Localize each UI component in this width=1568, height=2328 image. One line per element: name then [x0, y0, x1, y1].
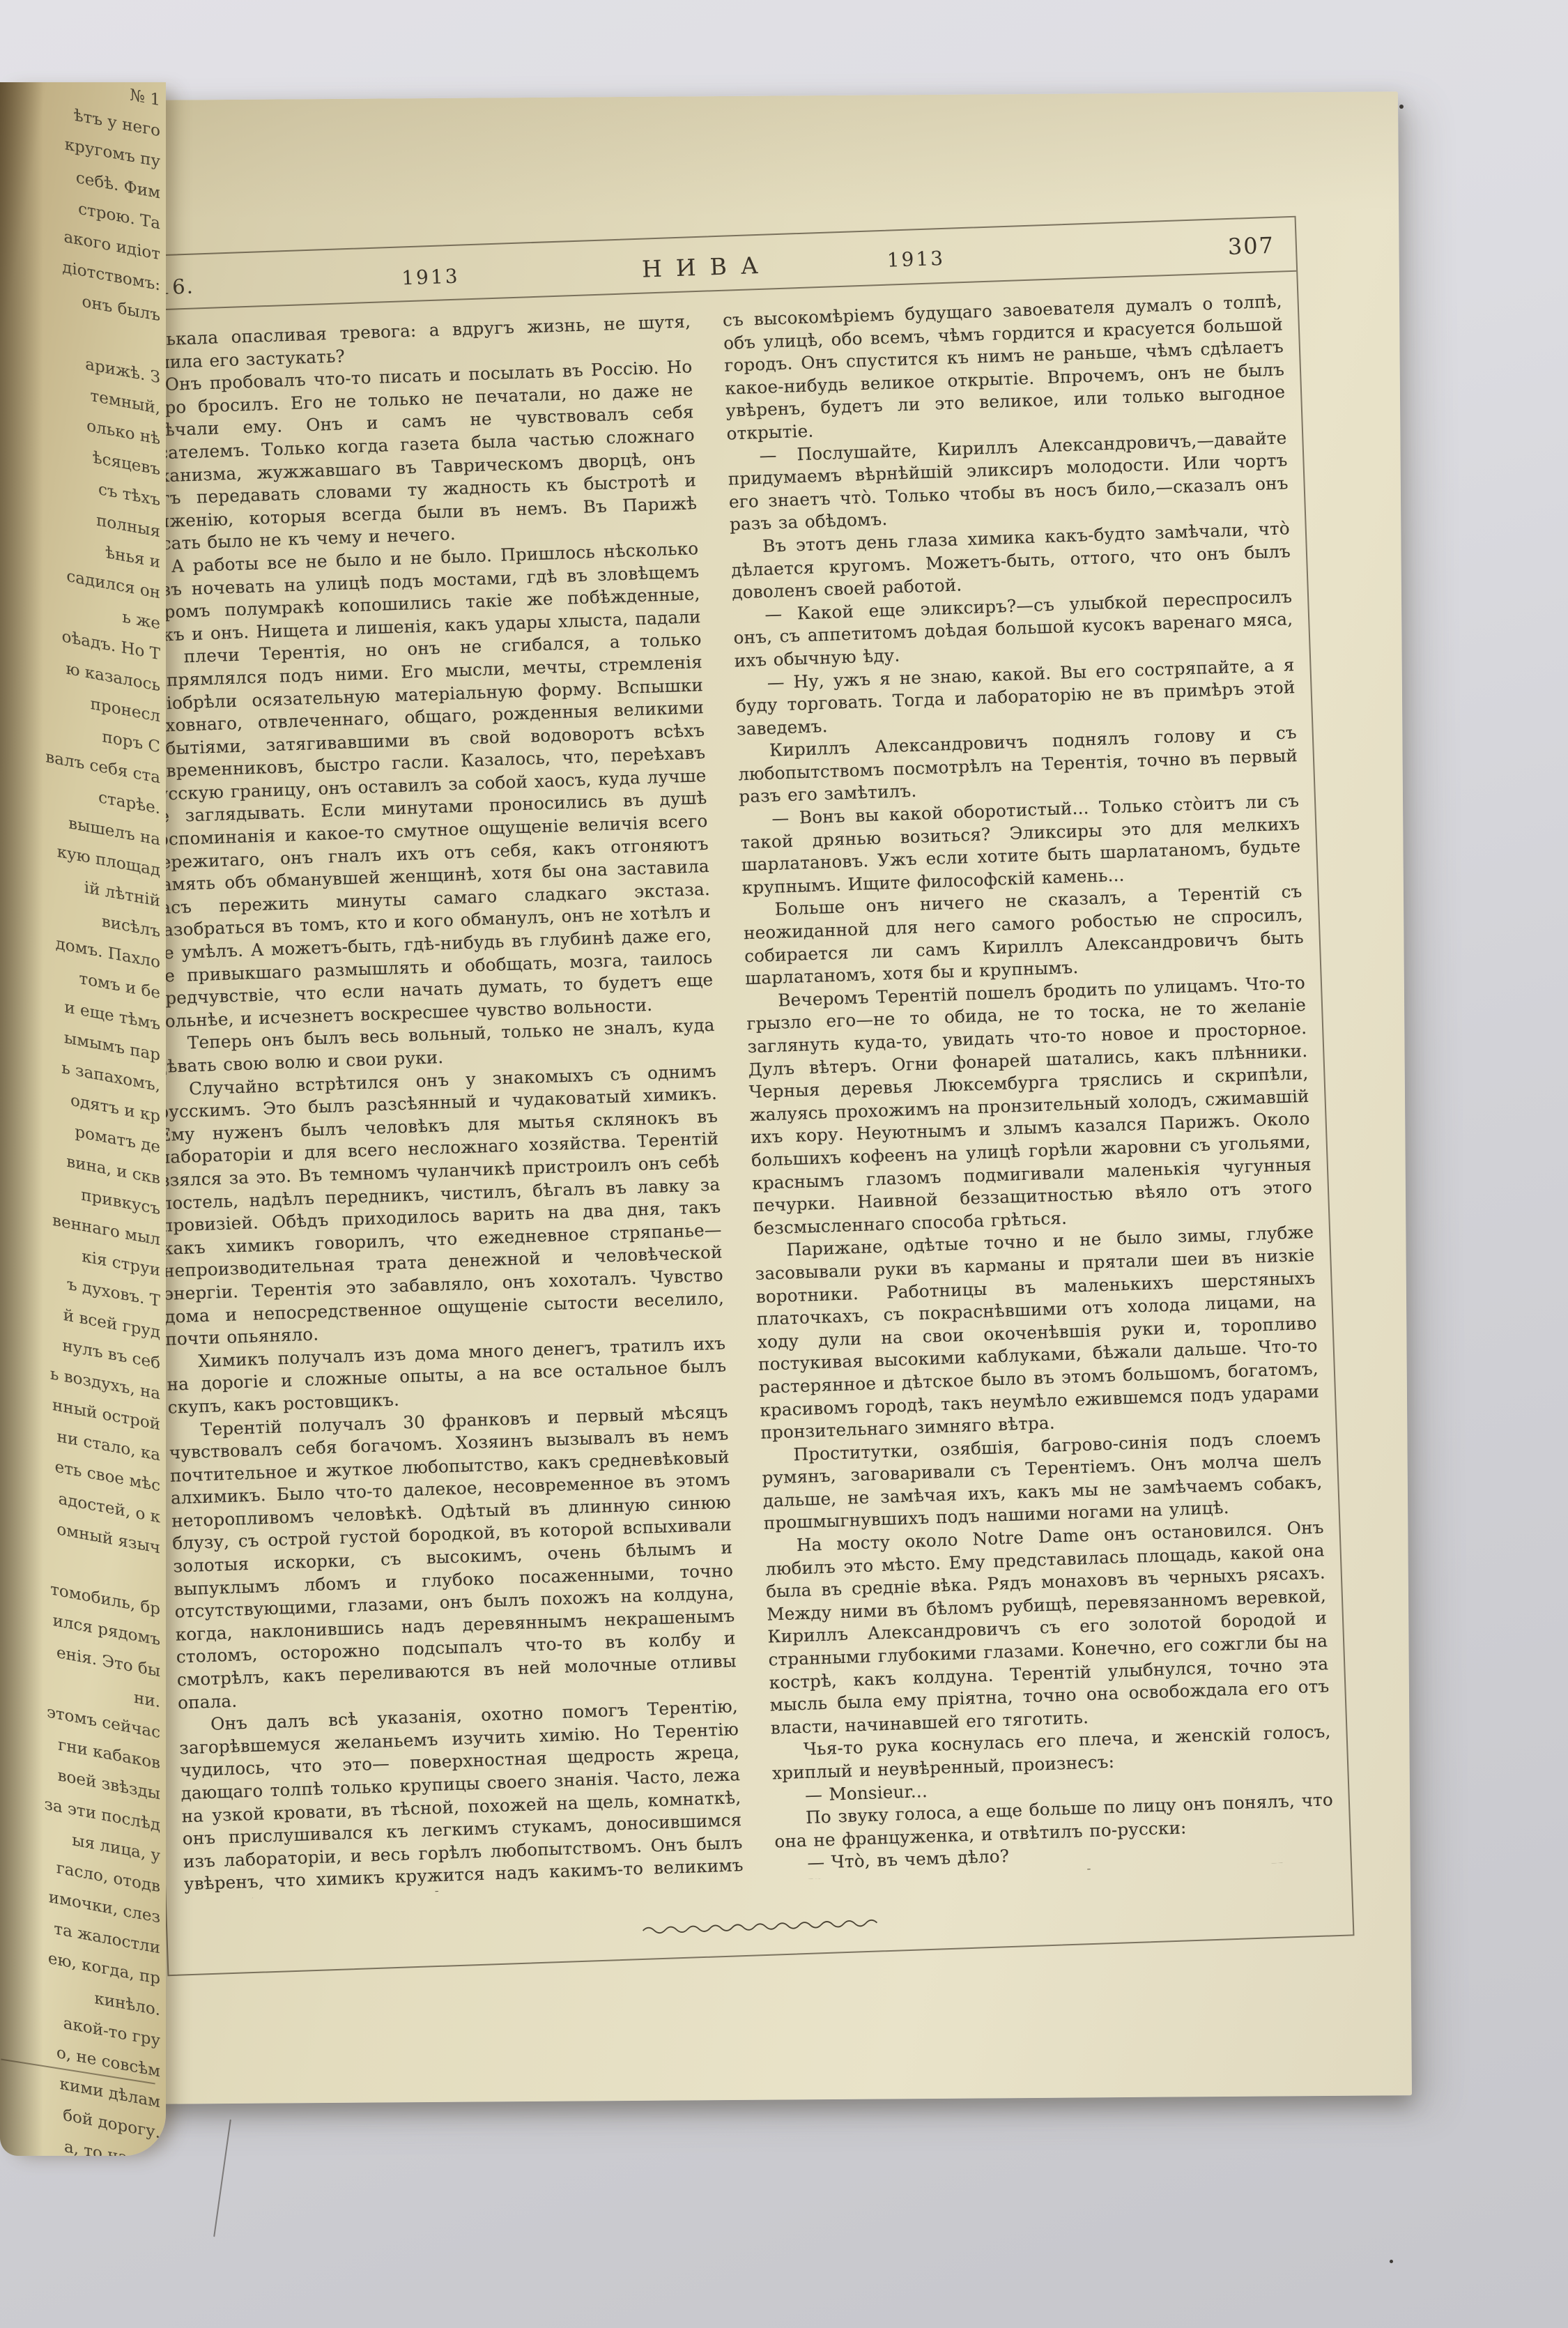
dust-speck [1390, 2260, 1393, 2263]
masthead: НИВА [634, 251, 772, 283]
printed-frame: № 16. 1913 НИВА 1913 307 мелькала опасли… [109, 216, 1354, 1977]
story-column-right: съ высокомѣріемъ будущаго завоевателя ду… [723, 290, 1335, 1880]
story-paragraph: съ высокомѣріемъ будущаго завоевателя ду… [723, 290, 1286, 445]
tailpiece-squiggle-icon [641, 1917, 878, 1940]
year-right: 1913 [886, 247, 945, 272]
page-number: 307 [1227, 232, 1275, 260]
story-paragraph: Онъ далъ всѣ указанія, охотно помогъ Тер… [178, 1695, 744, 1900]
story-paragraph: Вечеромъ Терентій пошелъ бродить по улиц… [746, 972, 1314, 1241]
photo-surface: № 16. 1913 НИВА 1913 307 мелькала опасли… [0, 0, 1568, 2328]
previous-page-edge: № 1ѣтъ у негокругомъ пусебѣ. Фимстрою. Т… [0, 82, 166, 2156]
previous-page-text: № 1ѣтъ у негокругомъ пусебѣ. Фимстрою. Т… [9, 82, 166, 2156]
story-paragraph: Онъ пробовалъ что-то писать и посылать в… [132, 355, 698, 556]
story-paragraph: На мосту около Notre Dame онъ остановилс… [764, 1516, 1330, 1739]
dust-speck [1399, 105, 1404, 109]
story-paragraph: Парижане, одѣтые точно и не было зимы, г… [754, 1221, 1321, 1444]
story-column-left: мелькала опасливая тревога: а вдругъ жиз… [131, 310, 744, 1900]
story-body: мелькала опасливая тревога: а вдругъ жиз… [112, 272, 1351, 1901]
story-paragraph: Случайно встрѣтился онъ у знакомыхъ съ о… [157, 1059, 725, 1351]
story-paragraph: Терентій получалъ 30 франковъ и первый м… [168, 1400, 737, 1715]
surface-scratch [213, 2120, 231, 2237]
story-paragraph: А работы все не было и не было. Пришлось… [139, 537, 714, 1033]
year-left: 1913 [401, 265, 460, 290]
magazine-page: № 16. 1913 НИВА 1913 307 мелькала опасли… [46, 91, 1412, 2104]
